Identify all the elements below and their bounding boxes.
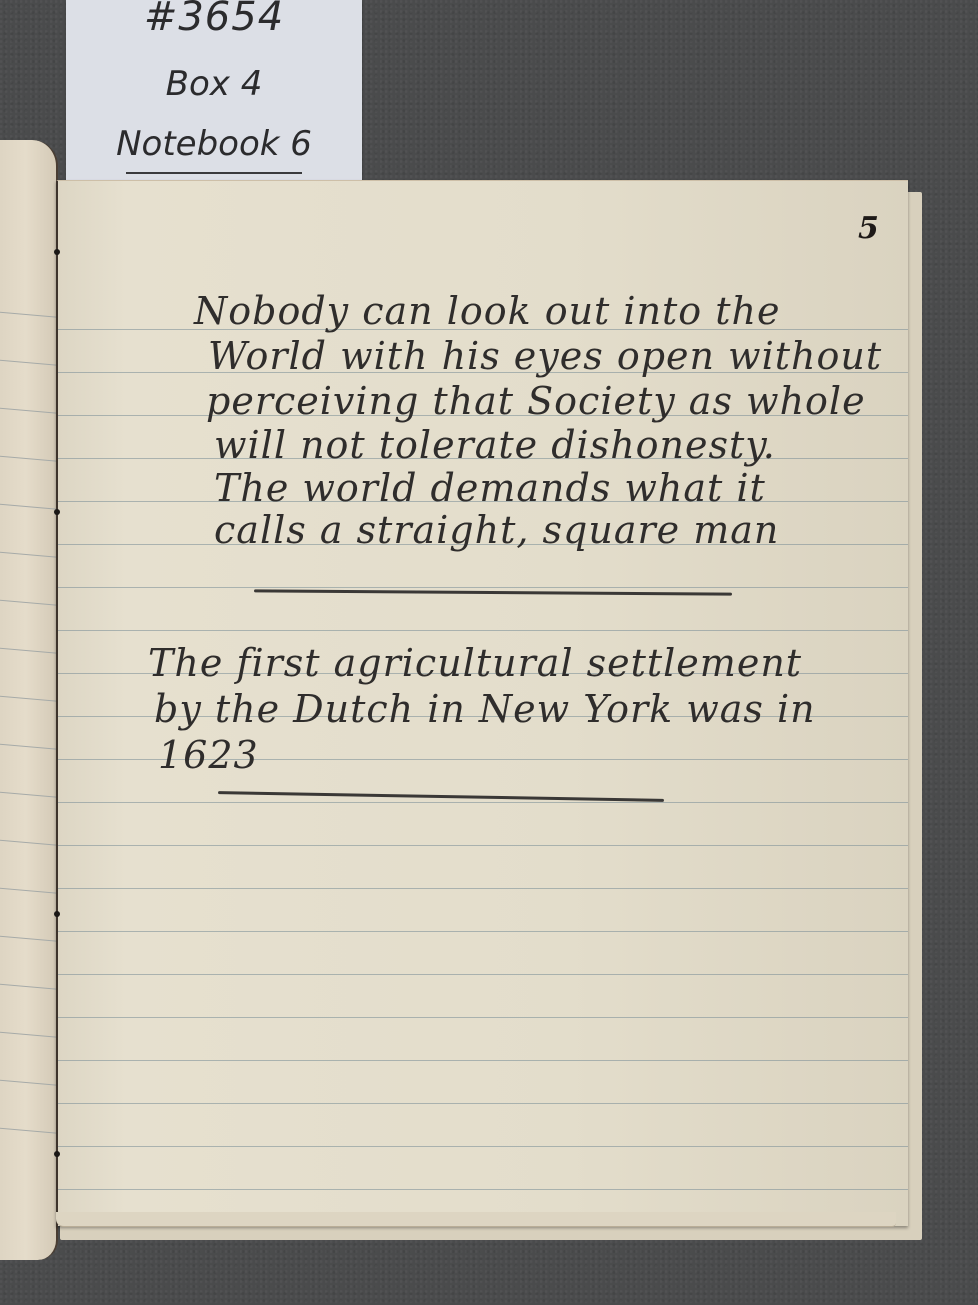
ruled-line bbox=[0, 790, 58, 798]
ruled-line bbox=[0, 1030, 58, 1038]
ruled-line bbox=[0, 694, 58, 702]
ruled-line bbox=[58, 845, 908, 846]
handwritten-line: Nobody can look out into the bbox=[194, 289, 781, 333]
ruled-line bbox=[58, 1060, 908, 1061]
handwritten-line: World with his eyes open without bbox=[208, 334, 882, 378]
binding-hole bbox=[54, 1151, 60, 1157]
ruled-line bbox=[58, 1103, 908, 1104]
handwritten-line: The world demands what it bbox=[214, 466, 766, 510]
entry-separator-line bbox=[218, 791, 664, 802]
page-number: 5 bbox=[858, 211, 879, 246]
ruled-line bbox=[0, 742, 58, 750]
handwritten-line: 1623 bbox=[158, 733, 259, 777]
label-underline bbox=[126, 172, 302, 174]
ruled-line bbox=[58, 931, 908, 932]
entry-separator-line bbox=[254, 589, 732, 595]
ruled-line bbox=[58, 974, 908, 975]
ruled-line bbox=[0, 982, 58, 990]
ruled-line bbox=[0, 502, 58, 510]
ruled-line bbox=[0, 886, 58, 894]
ruled-line bbox=[58, 587, 908, 588]
ruled-line bbox=[58, 1189, 908, 1190]
handwritten-line: by the Dutch in New York was in bbox=[154, 687, 816, 731]
ruled-line bbox=[0, 358, 58, 366]
ruled-line bbox=[58, 802, 908, 803]
ruled-line bbox=[0, 1126, 58, 1134]
binding-hole bbox=[54, 249, 60, 255]
handwritten-line: calls a straight, square man bbox=[214, 508, 779, 552]
ruled-line bbox=[0, 646, 58, 654]
ruled-line bbox=[0, 310, 58, 318]
ruled-line bbox=[58, 1146, 908, 1147]
label-catalog-number: #3654 bbox=[66, 0, 362, 40]
ruled-line bbox=[0, 598, 58, 606]
ruled-line bbox=[0, 454, 58, 462]
binding-hole bbox=[54, 509, 60, 515]
ruled-line bbox=[0, 406, 58, 414]
label-notebook-number: Notebook 6 bbox=[66, 124, 362, 164]
ruled-line bbox=[0, 838, 58, 846]
ruled-line bbox=[58, 630, 908, 631]
archive-label-card: #3654 Box 4 Notebook 6 bbox=[66, 0, 362, 186]
label-box-number: Box 4 bbox=[66, 64, 362, 104]
handwritten-line: The first agricultural settlement bbox=[148, 641, 802, 685]
ruled-line bbox=[58, 1017, 908, 1018]
notebook-page: 5 Nobody can look out into the World wit… bbox=[56, 180, 908, 1226]
page-bottom-edge bbox=[56, 1212, 896, 1227]
ruled-line bbox=[58, 888, 908, 889]
ruled-line bbox=[0, 934, 58, 942]
binding-hole bbox=[54, 911, 60, 917]
handwritten-line: will not tolerate dishonesty. bbox=[214, 423, 776, 467]
left-facing-page bbox=[0, 140, 58, 1260]
handwritten-line: perceiving that Society as whole bbox=[206, 379, 866, 423]
ruled-line bbox=[0, 550, 58, 558]
ruled-line bbox=[0, 1078, 58, 1086]
